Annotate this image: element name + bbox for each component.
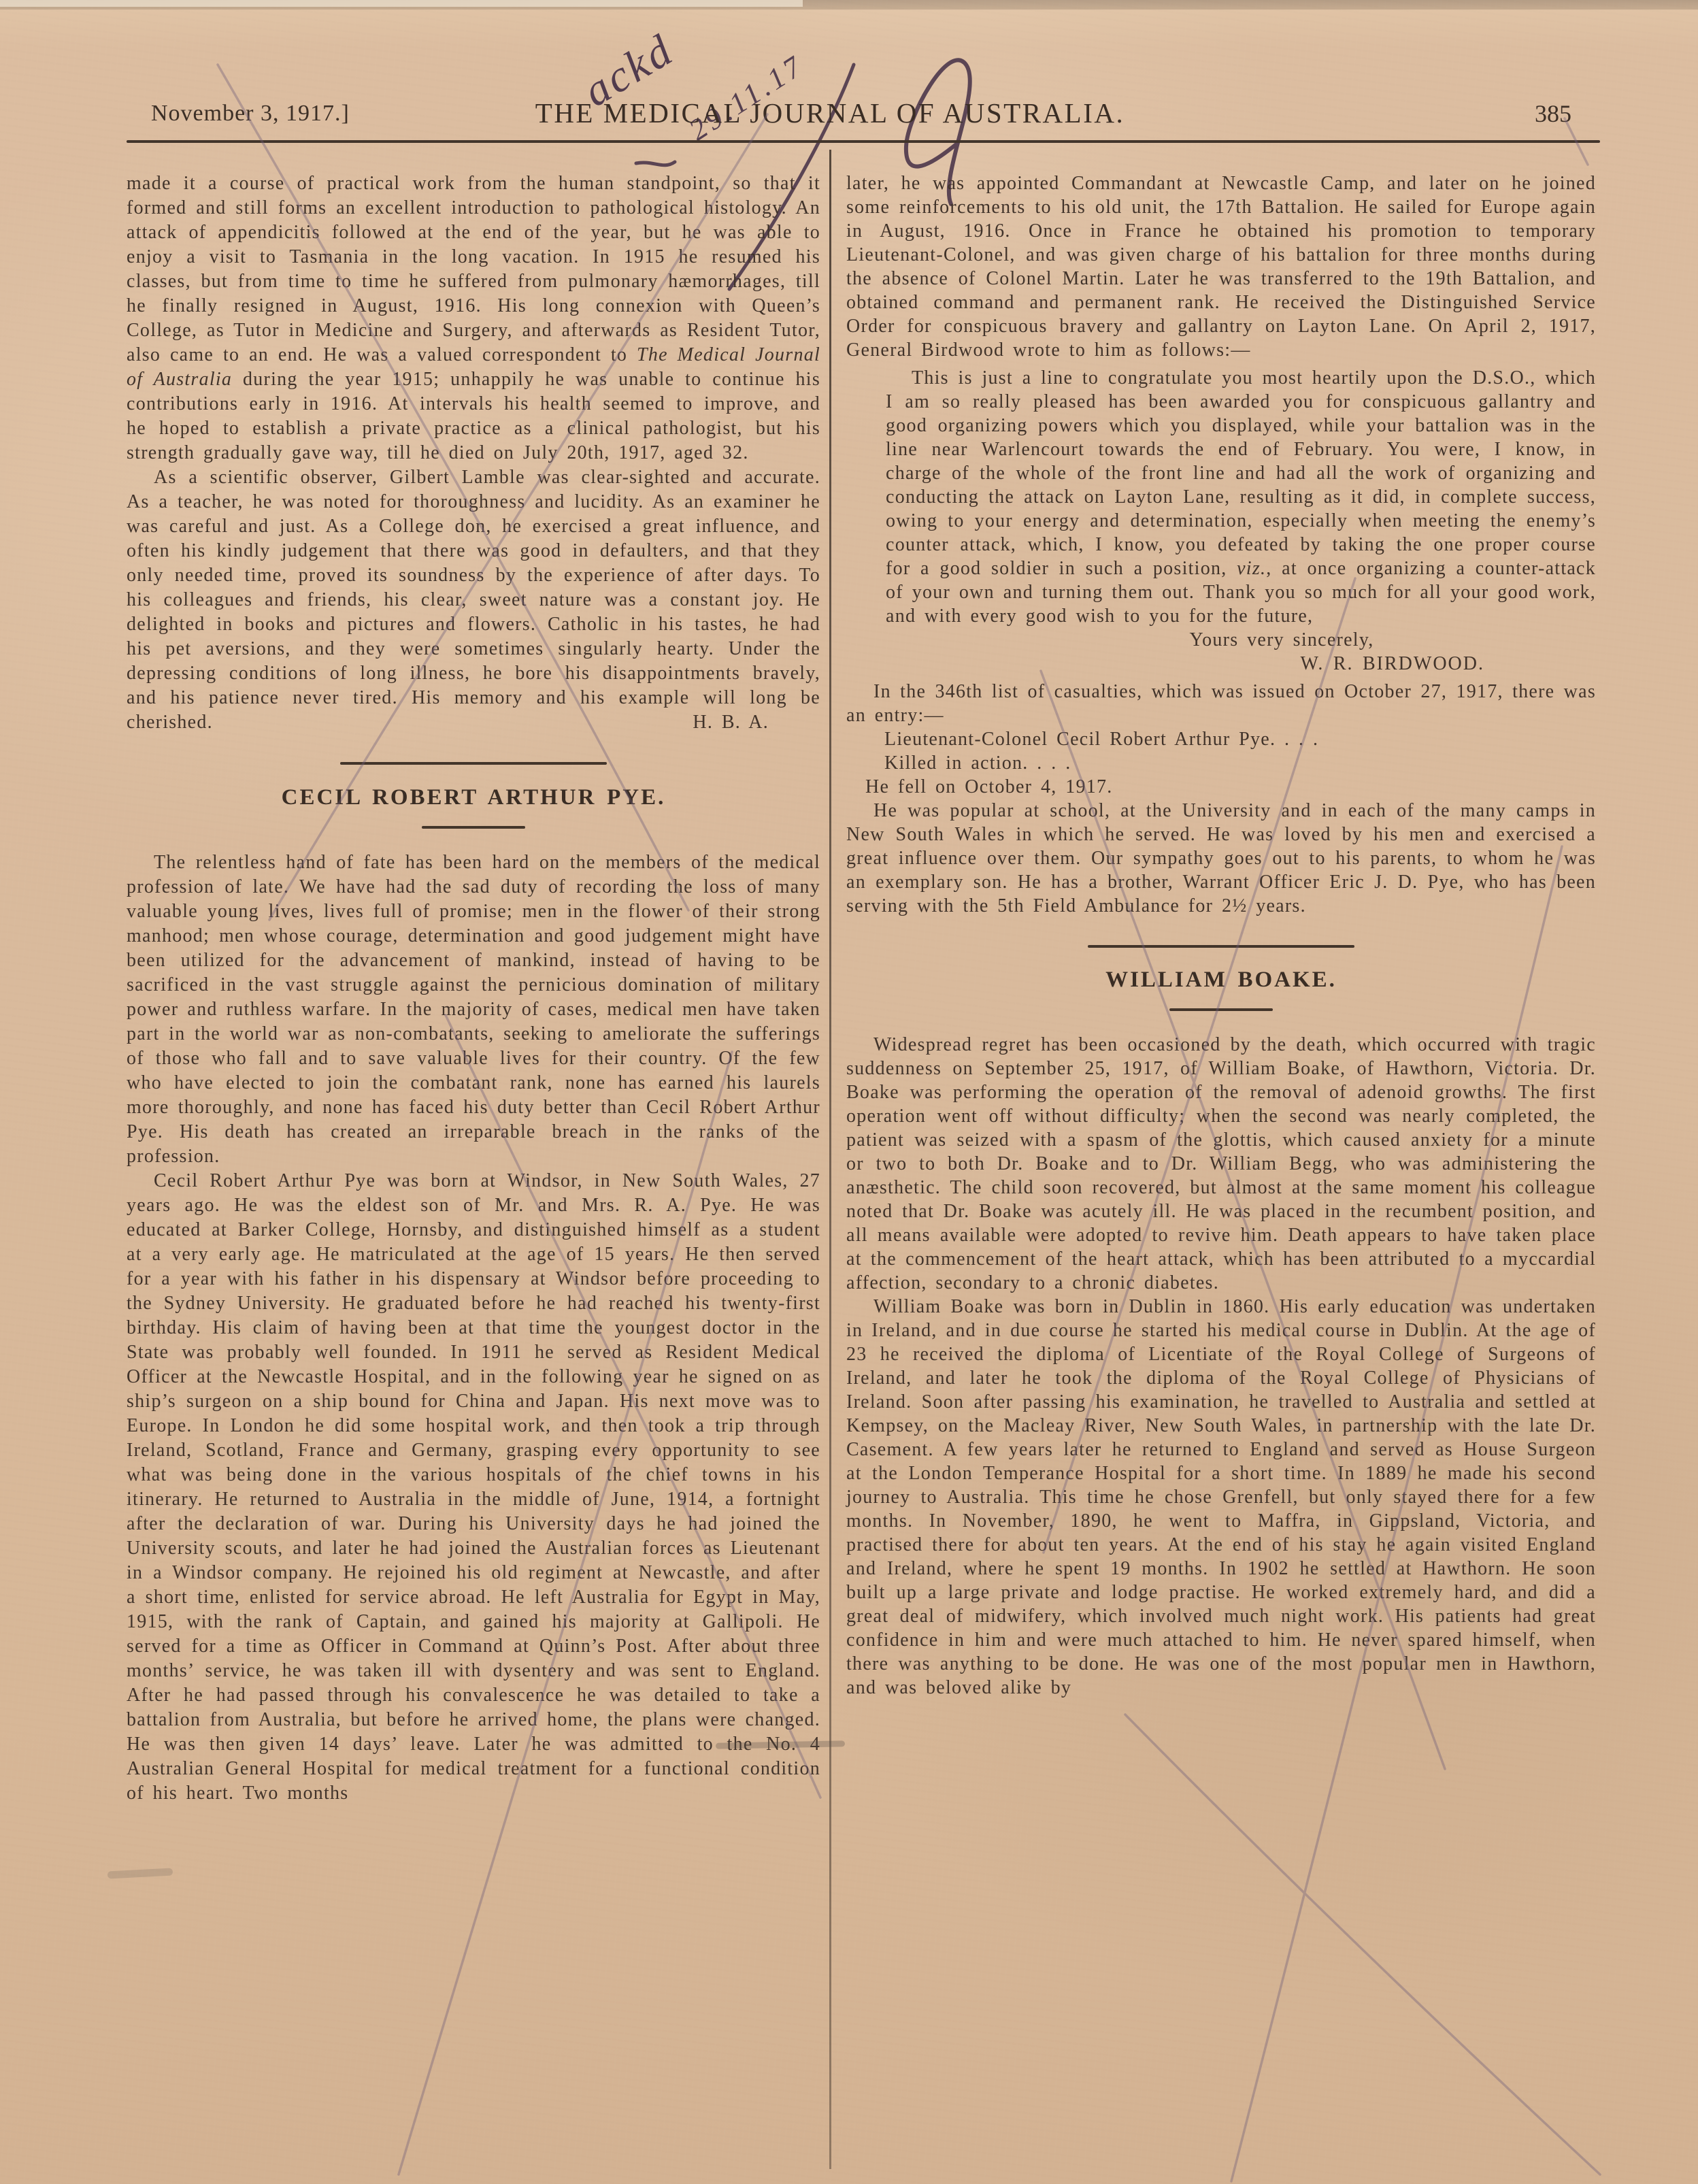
casualty-entry-name: Lieutenant-Colonel Cecil Robert Arthur P…	[846, 727, 1596, 751]
pye-obituary-title: CECIL ROBERT ARTHUR PYE.	[127, 785, 820, 810]
boake-paragraph-2: William Boake was born in Dublin in 1860…	[846, 1295, 1596, 1700]
right-column: later, he was appointed Commandant at Ne…	[846, 171, 1596, 1700]
lamble-tribute-paragraph: As a scientific observer, Gilbert Lamble…	[127, 465, 820, 735]
lamble-continuation-paragraph: made it a course of practical work from …	[127, 171, 820, 465]
column-divider-rule	[829, 150, 831, 2169]
journal-scanned-page: ackd 29.11.17 November 3, 1917.] THE MED…	[0, 0, 1698, 2184]
birdwood-letter-block: This is just a line to congratulate you …	[886, 366, 1596, 676]
letter-valediction: Yours very sincerely,	[886, 628, 1596, 652]
ink-smudge	[716, 1740, 845, 1749]
lamble-text-before-italic: made it a course of practical work from …	[127, 173, 820, 365]
letter-signature: W. R. BIRDWOOD.	[886, 652, 1596, 676]
pye-continuation-paragraph: later, he was appointed Commandant at Ne…	[846, 171, 1596, 362]
section-rule-short	[422, 826, 525, 829]
pye-paragraph-1: The relentless hand of fate has been har…	[127, 850, 820, 1169]
fell-date-line: He fell on October 4, 1917.	[846, 775, 1596, 799]
boake-paragraph-1: Widespread regret has been occasioned by…	[846, 1033, 1596, 1295]
pencil-mark	[1125, 1715, 1600, 2174]
lamble-signature-initials: H. B. A.	[127, 710, 820, 735]
section-rule-long	[340, 762, 607, 765]
letter-viz-italic: viz.	[1237, 558, 1266, 579]
boake-obituary-title: WILLIAM BOAKE.	[846, 968, 1596, 992]
masthead-page-number: 385	[1535, 99, 1571, 128]
pye-paragraph-2: Cecil Robert Arthur Pye was born at Wind…	[127, 1169, 820, 1806]
section-rule-long	[1088, 945, 1354, 948]
section-rule-short	[1169, 1008, 1273, 1011]
letter-text-before-viz: This is just a line to congratulate you …	[886, 367, 1596, 579]
masthead-date: November 3, 1917.]	[151, 101, 350, 127]
boake-section-heading-block: WILLIAM BOAKE.	[846, 945, 1596, 1011]
birdwood-letter-body: This is just a line to congratulate you …	[886, 366, 1596, 628]
ink-smudge	[107, 1868, 173, 1879]
casualty-list-intro: In the 346th list of casualties, which w…	[846, 680, 1596, 727]
ink-underline	[636, 162, 675, 165]
pye-tribute-paragraph: He was popular at school, at the Univers…	[846, 799, 1596, 918]
masthead-title: THE MEDICAL JOURNAL OF AUSTRALIA.	[435, 97, 1225, 129]
pye-section-heading-block: CECIL ROBERT ARTHUR PYE.	[127, 762, 820, 829]
left-column: made it a course of practical work from …	[127, 171, 820, 1806]
scan-top-edge	[0, 0, 803, 7]
masthead-rule	[127, 140, 1600, 143]
casualty-entry-killed: Killed in action. . . .	[846, 751, 1596, 775]
